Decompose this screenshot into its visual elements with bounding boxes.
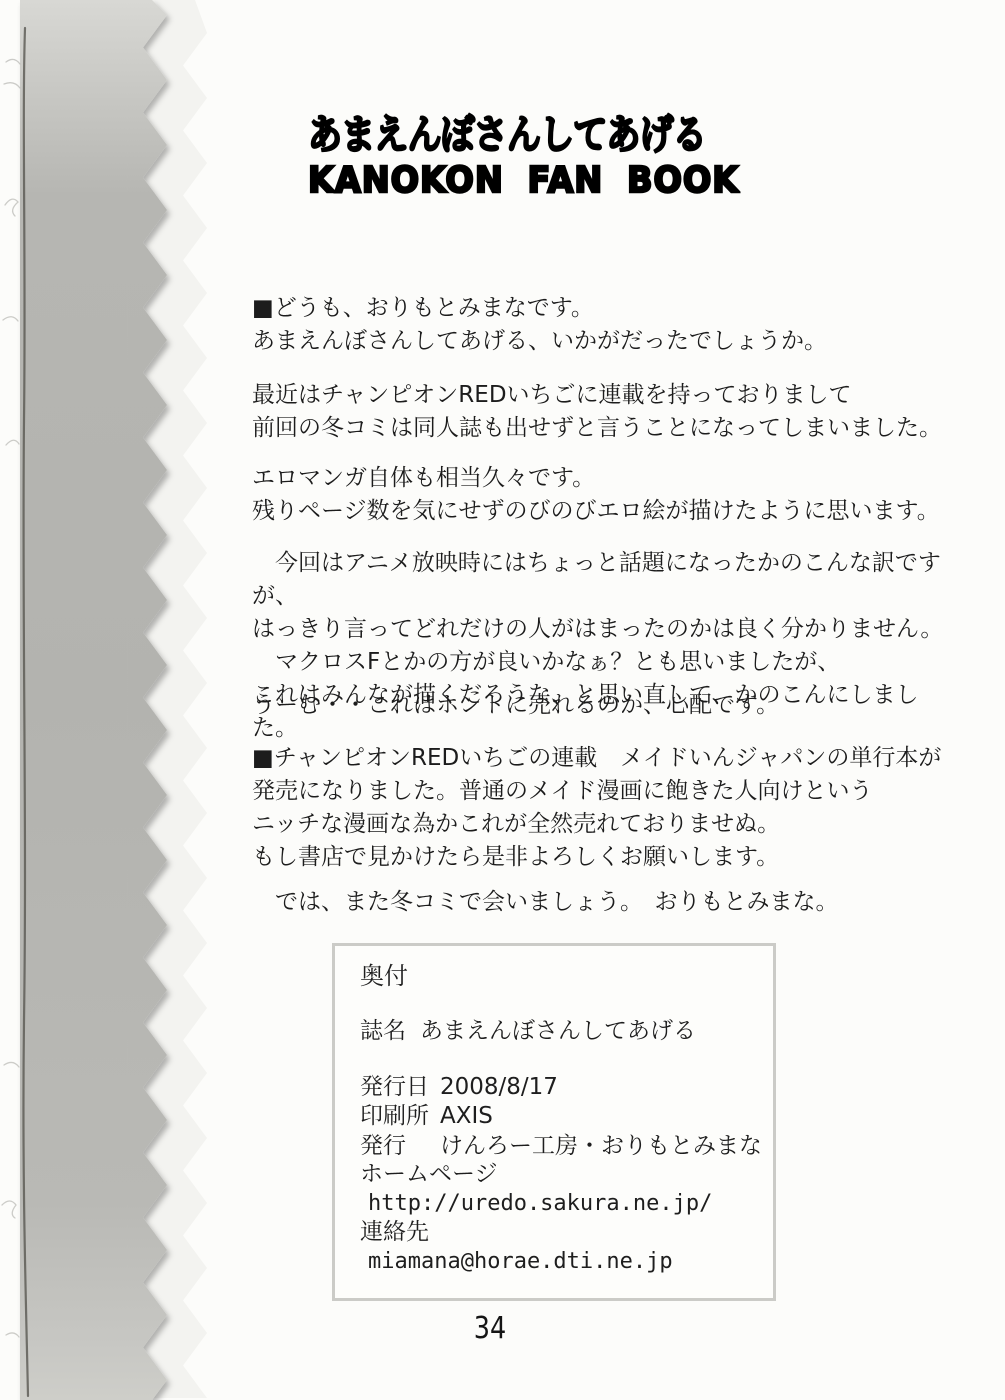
colophon-url: http://uredo.sakura.ne.jp/	[368, 1191, 712, 1216]
colophon-label: ホームページ	[360, 1160, 498, 1189]
colophon-line-publisher: 発行けんろー工房・おりもとみまな	[360, 1131, 760, 1160]
colophon-line-printer: 印刷所AXIS	[360, 1102, 760, 1131]
colophon-label: 印刷所	[360, 1102, 440, 1131]
colophon-detail-lines: 発行日2008/8/17 印刷所AXIS 発行けんろー工房・おりもとみまな ホー…	[360, 1073, 760, 1276]
afterword-paragraph-serialization: 最近はチャンピオンREDいちごに連載を持っておりまして 前回の冬コミは同人誌も出…	[252, 379, 952, 445]
colophon-line-contact-email: miamana@horae.dti.ne.jp	[360, 1247, 760, 1276]
colophon-line-publish-date: 発行日2008/8/17	[360, 1073, 760, 1102]
afterword-paragraph-greeting: ■どうも、おりもとみまなです。 あまえんぼさんしてあげる、いかがだったでしょうか…	[252, 292, 952, 358]
colophon-box: 奥付 誌名あまえんぼさんしてあげる 発行日2008/8/17 印刷所AXIS 発…	[332, 943, 776, 1301]
book-title-english-text: KANOKON FAN BOOK	[308, 164, 739, 198]
left-page-edge-decoration	[0, 0, 240, 1400]
book-title-japanese-text: あまえんぼさんしてあげる	[308, 112, 706, 158]
colophon-title-label: 誌名	[360, 1018, 406, 1043]
afterword-paragraph-tankobon-promo: ■チャンピオンREDいちごの連載 メイドいんジャパンの単行本が 発売になりました…	[252, 742, 952, 874]
colophon-value: AXIS	[440, 1103, 493, 1129]
colophon-label: 発行日	[360, 1073, 440, 1102]
page-number: 34	[466, 1312, 514, 1346]
book-title-english: KANOKON FAN BOOK	[308, 164, 776, 198]
colophon-line-homepage-url: http://uredo.sakura.ne.jp/	[360, 1189, 760, 1218]
title-block: あまえんぼさんしてあげる KANOKON FAN BOOK	[308, 112, 776, 198]
colophon-title-value: あまえんぼさんしてあげる	[420, 1018, 696, 1043]
afterword-paragraph-eromanga: エロマンガ自体も相当久々です。 残りページ数を気にせずのびのびエロ絵が描けたよう…	[252, 462, 952, 528]
margin-scribbles	[2, 59, 20, 1337]
colophon-label: 発行	[360, 1132, 440, 1161]
afterword-paragraph-worry: うーむ・・これはホントに売れるのか、心配です。	[252, 689, 952, 722]
colophon-line-contact-label: 連絡先	[360, 1218, 760, 1247]
colophon-heading: 奥付	[360, 961, 408, 991]
afterword-paragraph-farewell: では、また冬コミで会いましょう。 おりもとみまな。	[252, 886, 952, 919]
book-title-japanese: あまえんぼさんしてあげる	[308, 112, 776, 158]
colophon-title-line: 誌名あまえんぼさんしてあげる	[360, 1016, 696, 1046]
colophon-email: miamana@horae.dti.ne.jp	[368, 1249, 673, 1274]
scanned-doujinshi-afterword-page: あまえんぼさんしてあげる KANOKON FAN BOOK ■どうも、おりもとみ…	[0, 0, 1005, 1400]
colophon-line-homepage-label: ホームページ	[360, 1160, 760, 1189]
colophon-value: けんろー工房・おりもとみまな	[440, 1133, 762, 1158]
colophon-value: 2008/8/17	[440, 1074, 558, 1100]
colophon-label: 連絡先	[360, 1218, 440, 1247]
